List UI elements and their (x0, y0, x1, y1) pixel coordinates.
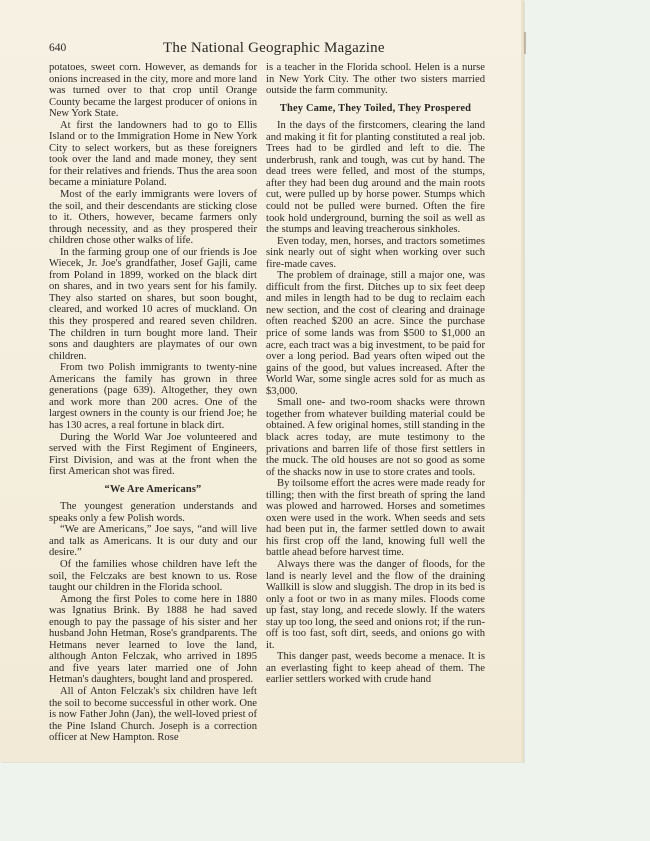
paragraph: The problem of drainage, still a major o… (266, 270, 485, 397)
paragraph: From two Polish immigrants to twenty-nin… (49, 362, 257, 431)
right-column: is a teacher in the Florida school. Hele… (266, 62, 485, 686)
section-subhead: “We Are Americans” (49, 484, 257, 496)
paragraph: Most of the early immigrants were lovers… (49, 189, 257, 247)
paragraph: Always there was the danger of floods, f… (266, 559, 485, 651)
paragraph: Even today, men, horses, and tractors so… (266, 236, 485, 271)
magazine-title: The National Geographic Magazine (163, 40, 385, 57)
paragraph: Small one- and two-room shacks were thro… (266, 397, 485, 478)
paper-stain (524, 32, 526, 54)
left-column: potatoes, sweet corn. However, as demand… (49, 62, 257, 744)
section-subhead: They Came, They Toiled, They Prospered (266, 103, 485, 115)
paragraph-continuation: is a teacher in the Florida school. Hele… (266, 62, 485, 97)
paragraph: Among the first Poles to come here in 18… (49, 594, 257, 686)
page-edge (521, 0, 524, 762)
magazine-page: 640 The National Geographic Magazine pot… (0, 0, 524, 762)
paragraph: Of the families whose children have left… (49, 559, 257, 594)
paragraph: This danger past, weeds become a menace.… (266, 651, 485, 686)
paragraph: In the days of the firstcomers, clearing… (266, 120, 485, 235)
paragraph: In the farming group one of our friends … (49, 247, 257, 362)
page-number: 640 (49, 42, 66, 54)
paragraph: The youngest generation understands and … (49, 501, 257, 524)
paragraph: potatoes, sweet corn. However, as demand… (49, 62, 257, 120)
paragraph: By toilsome effort the acres were made r… (266, 478, 485, 559)
paragraph: During the World War Joe volunteered and… (49, 432, 257, 478)
running-head: 640 The National Geographic Magazine (49, 40, 485, 58)
paragraph: At first the landowners had to go to Ell… (49, 120, 257, 189)
paragraph: “We are Americans,” Joe says, “and will … (49, 524, 257, 559)
paragraph: All of Anton Felczak's six children have… (49, 686, 257, 744)
